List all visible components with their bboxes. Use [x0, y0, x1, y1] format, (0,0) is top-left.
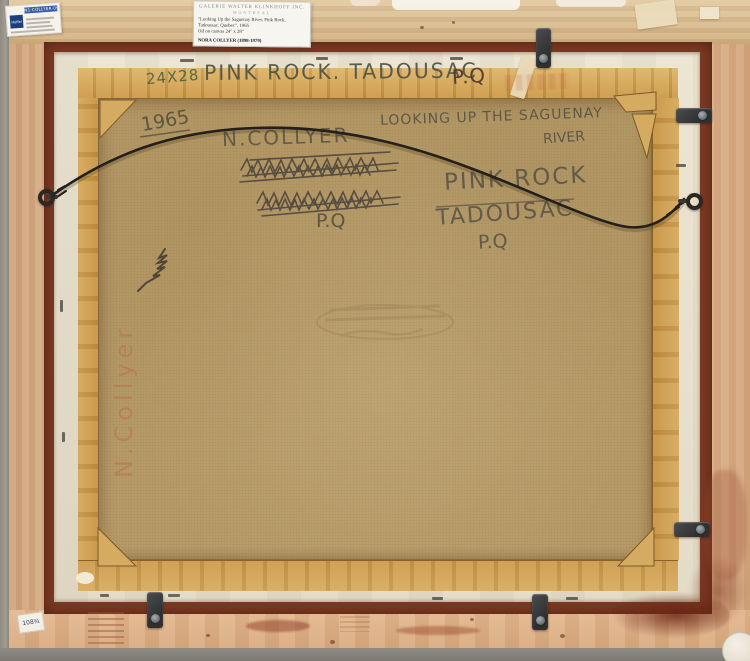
inscription-title-stretcher: PINK ROCK. TADOUSAC [204, 59, 478, 85]
faded-red-stamp [505, 73, 570, 91]
photo-backdrop: 24X28 PINK ROCK. TADOUSAC P.Q 1965 N.COL… [0, 0, 750, 661]
stain-dot [560, 634, 565, 638]
staple [62, 432, 65, 442]
size-sticker: 108¾ [17, 611, 45, 633]
stain-dot [452, 21, 455, 24]
inventory-code: N1·COLLYER·0917 [24, 5, 57, 13]
paint-stain [246, 620, 310, 632]
inscription-pq-center: P.Q [316, 210, 346, 232]
label-text-line [26, 21, 50, 24]
clip-screw [151, 614, 160, 623]
screw-eye-left [38, 189, 55, 206]
label-text-line [26, 17, 54, 20]
clip-screw [698, 111, 707, 120]
paint-stain [396, 626, 480, 635]
staple [450, 57, 463, 60]
staple [168, 594, 180, 597]
paint-stain [704, 470, 746, 580]
clip-screw [696, 525, 705, 534]
label-text-line [11, 29, 55, 34]
tape-remnant [700, 7, 719, 19]
stretcher-bar-right [652, 98, 679, 560]
staple [432, 597, 443, 600]
frame-outer-edge-left [0, 0, 9, 661]
paint-patch [350, 0, 380, 6]
stretcher-bar-left [78, 98, 99, 560]
frame-board-left [9, 0, 48, 648]
inscription-province-stretcher: P.Q [451, 63, 487, 89]
finger-joint-marks [340, 616, 370, 632]
inscription-vertical-signature: N.Collyer [110, 296, 138, 478]
heffel-logo: Heffel [10, 15, 24, 29]
clip-screw [536, 616, 545, 625]
gallery-label: GALERIE WALTER KLINKHOFF INC. MONTREAL "… [193, 0, 311, 47]
inscription-signature: N.COLLYER [222, 123, 350, 151]
finger-joint-marks [88, 612, 124, 646]
stain-dot [330, 640, 335, 644]
frame-outer-edge-bottom [0, 648, 750, 661]
gallery-artist: NORA COLLYER (1898-1979) [198, 38, 306, 44]
staple [676, 164, 686, 167]
stain-dot [470, 618, 474, 621]
liner-paint-chip [76, 572, 94, 584]
staple [60, 300, 63, 312]
staple [180, 59, 194, 62]
stretcher-bar-bottom [78, 560, 678, 591]
screw-eye-right [686, 193, 703, 210]
stain-dot [206, 634, 210, 637]
auction-house-label: N1·COLLYER·0917 Heffel [5, 2, 62, 37]
paint-patch [556, 0, 626, 7]
staple [100, 594, 109, 597]
label-text-line [26, 25, 52, 28]
stain-dot [420, 26, 424, 29]
clip-screw [539, 54, 548, 63]
staple [566, 597, 578, 600]
staple [316, 57, 328, 60]
inscription-pq-right: P.Q [477, 230, 508, 254]
gallery-medium: Oil on canvas 24" x 28" [198, 29, 306, 36]
inscription-looking-up-line2: RIVER [542, 129, 585, 148]
paint-patch [392, 0, 520, 10]
